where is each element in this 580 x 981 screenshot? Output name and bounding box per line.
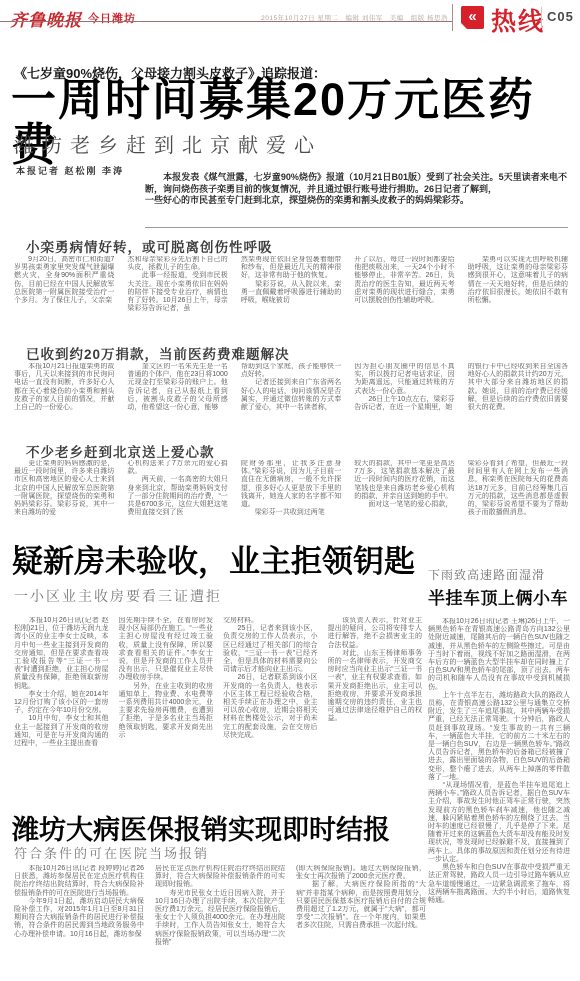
header-divider (452, 4, 453, 31)
article-column: 本报10月26日讯(记者 赵松刚)21日，位于潍坊天润九龙湾小区的业主李女士反映… (14, 617, 109, 803)
story1-section3-body: 更让栾勇的妈妈感激的是，最近一段时间里，许多来自潍坊市区和高密地区的爱心人士来到… (14, 460, 568, 536)
section-label: 热线 (491, 2, 545, 38)
header-rule (0, 21, 452, 22)
article-column: 居民在定点医疗机构住院治疗终结出院结算时，符合大病保险补偿报销条件的可实现即时报… (155, 865, 285, 975)
article-column: 开了以后，每过一段时间都要给他把痰吸出来，一天24个小时不能够停止，非常辛苦。2… (354, 256, 454, 340)
story1-section3-title: 不少老乡赶到北京送上爱心款 (26, 441, 215, 461)
page-number: C05 (547, 9, 574, 24)
article-column: 梁彩芬看到了希望，但最近一段时间里有人在网上发布一些消息，称栾勇在医院每天的花费… (468, 460, 568, 536)
article-column: 该负责人表示，针对业主提出的疑问，公司将安排专人进行解答，绝不会损害业主的合法权… (328, 617, 423, 803)
article-column: 院财务那里，让我多注意身体。”梁彩芬说，因为儿子目前一直住在无菌病房，一般不允许… (241, 460, 341, 536)
newspaper-page: 齐鲁晚报 今日潍坊 2015年10月27日 星期二 编辑 刘伟军 美编 组版 杨… (0, 0, 580, 981)
pageno-divider (541, 7, 542, 28)
story3-subhead: 符合条件的可在医院当场报销 (14, 843, 209, 862)
story1-section2-body: 本报10月21日报道栾勇的故事后，几天以来接到的市民询问电话一直没有间断，许多好… (14, 363, 568, 433)
story1-rule (145, 227, 568, 228)
article-column: 交房材料。 25日，记者来到该小区，负责交房的工作人员表示，小区已经通过了相关部… (223, 617, 318, 803)
story2-headline: 疑新房未验收，业主拒领钥匙 (12, 545, 415, 579)
story1-section2-title: 已收到约20万捐款，当前医药费难题解决 (26, 343, 290, 363)
article-column: 心机构送来了7万余元的爱心捐款。 两天前，一名高密的大姐只身来到北京，帮助栾勇妈… (127, 460, 227, 536)
story3-headline: 潍坊大病医保报销实现即时结报 (12, 808, 390, 847)
article-column: (即大病保险报销)。通过大病保险报销，张女士再次报销了2000余元医疗费。 据了… (296, 865, 426, 975)
article-column: 本报10月26日讯(记者 段婷婷)记者26日获悉，潍坊参保居民在定点医疗机构住院… (14, 865, 144, 975)
masthead-logo: 齐鲁晚报 (10, 6, 82, 31)
story4-headline: 半挂车顶上俩小车 (428, 584, 568, 609)
story1-intro: 本报发表《煤气泄露，七岁童90%烧伤》报道（10月21日B01版）受到了社会关注… (145, 172, 567, 207)
story1-section1-body: 9月20日，高密市仁和街道7岁男孩栾勇家里突发煤气泄漏爆燃火灾，全身90%面积严… (14, 256, 568, 340)
article-column: 然栾勇现在依旧全身包裹着绷带和纱布，但是最近几天的精神很好，这非常有助于他的恢复… (241, 256, 341, 340)
story1-subhead: 潍坊老乡赶到北京献爱心 (14, 129, 322, 158)
article-column: 奎文区的一名朱先生是一名普通的个体户，他在23日将1000元现金打至梁彩芬的账户… (127, 363, 227, 433)
article-column: 因先期手续不全，在看房时发现小区局部仍在施工。“一些业主担心房屋没有经过竣工验收… (119, 617, 214, 803)
article-column: 9月20日，高密市仁和街道7岁男孩栾勇家里突发煤气泄漏爆燃火灾，全身90%面积严… (14, 256, 114, 340)
article-column: 本报10月21日报道栾勇的故事后，几天以来接到的市民询问电话一直没有间断，许多好… (14, 363, 114, 433)
story4-body: 本报10月26日讯(记者 王琳)26日上午，一辆黑色轿车在青银高速公路青岛方向1… (428, 618, 570, 938)
story1-byline: 本报记者 赵松刚 李涛 (16, 164, 124, 177)
article-column: 的银行卡中已经收到来自全国各地好心人的捐款共计约20万元，其中大部分来自潍坊地区… (468, 363, 568, 433)
story3-body: 本报10月26日讯(记者 段婷婷)记者26日获悉，潍坊参保居民在定点医疗机构住院… (14, 865, 426, 975)
story2-subhead: 一小区业主收房要看三证遭拒 (14, 586, 222, 606)
article-column: 杰和母亲梁彩芬先后割下自己的头皮，拯救儿子的生命。 此事一经报道，受到市民极大关… (127, 256, 227, 340)
story4-kicker: 下雨致高速路面湿滑 (428, 566, 545, 583)
story1-section1-title: 小栾勇病情好转，或可脱离创伤性呼吸 (26, 236, 273, 256)
article-column: 较大的捐款，其中一笔更是高达7万多，这笔捐款基本解决了最近一段时间内的医疗花销，… (354, 460, 454, 536)
article-column: 栾勇可以实现无创呼吸机辅助呼吸，这让栾勇的母亲梁彩芬感到很开心，这意味着儿子的病… (468, 256, 568, 340)
article-column: 帮助到这个家庭，孩子能够快一点好转。 记者还接到来自广东省两名好心人的电话，询问… (241, 363, 341, 433)
article-column: 因为担心朋友圈中的信息不真实，所以拨打记者电话求证，因为距离遥远，只能通过转账的… (354, 363, 454, 433)
hotline-icon: « (461, 6, 484, 29)
edition-label: 今日潍坊 (88, 10, 136, 26)
story2-body: 本报10月26日讯(记者 赵松刚)21日，位于潍坊天润九龙湾小区的业主李女士反映… (14, 617, 422, 803)
article-column: 更让栾勇的妈妈感激的是，最近一段时间里，许多来自潍坊市区和高密地区的爱心人士来到… (14, 460, 114, 536)
